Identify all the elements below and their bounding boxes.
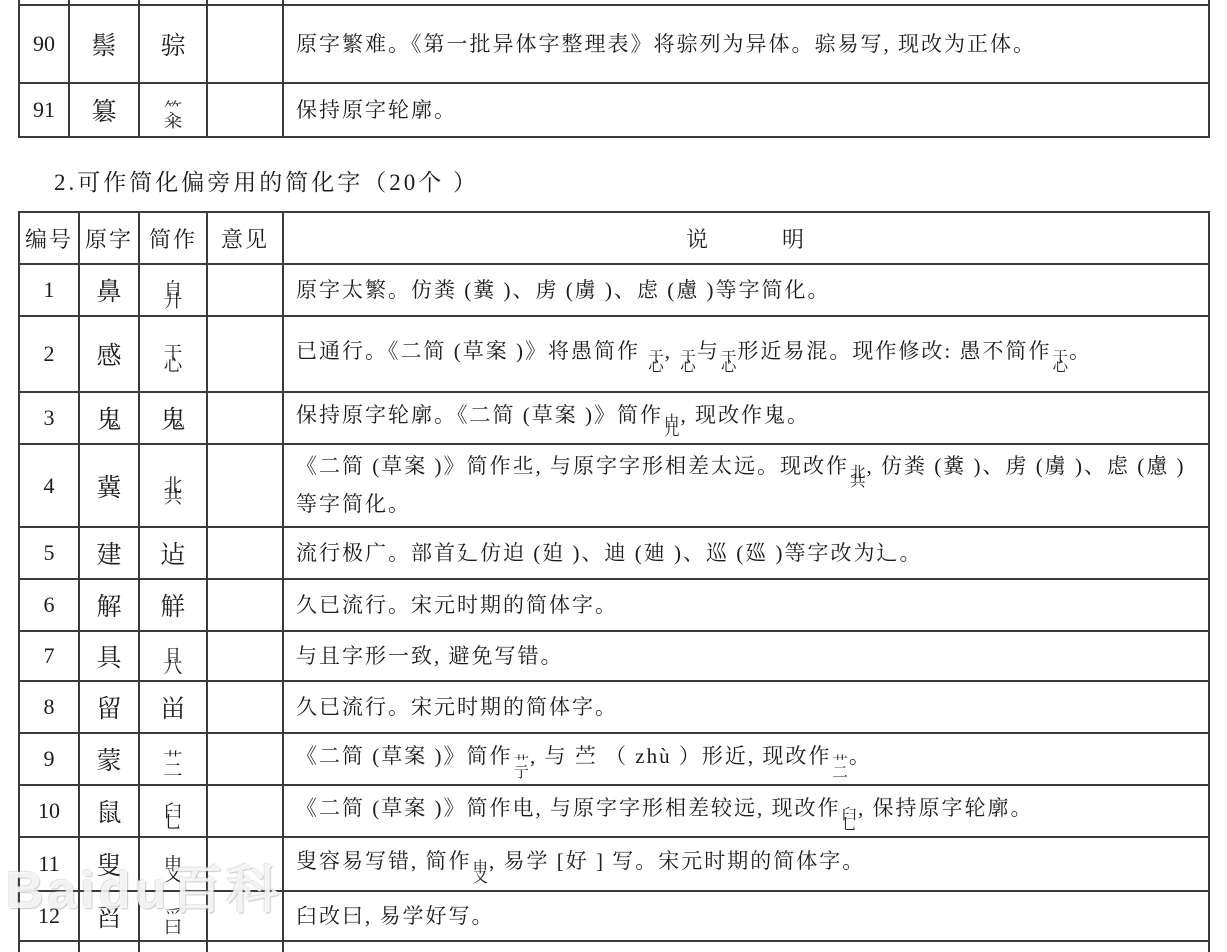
description-cell: 久已流行。宋元时期的简体字。 bbox=[283, 681, 1209, 733]
row-number-cell: 12 bbox=[19, 891, 79, 941]
description-cell: 原字繁难。《第一批异体字整理表》将骔列为异体。骔易写, 现改为正体。 bbox=[283, 5, 1209, 83]
original-char-cell: 鬼 bbox=[79, 392, 139, 444]
description-cell: 保持原字轮廓。 bbox=[283, 83, 1209, 137]
original-char-cell: 鬃 bbox=[69, 5, 139, 83]
document-body: 90 鬃 骔 原字繁难。《第一批异体字整理表》将骔列为异体。骔易写, 现改为正体… bbox=[18, 0, 1210, 952]
original-char-cell: 簒 bbox=[69, 83, 139, 137]
composed-glyph: ⺮籴 bbox=[164, 104, 183, 130]
composed-glyph: 艹二 bbox=[164, 753, 183, 779]
original-char-cell: 蒙 bbox=[79, 733, 139, 785]
table-2-simplified-components: 编号 原字 简作 意见 说 明 1 鼻 自廾 原字太繁。仿粪 (糞 )、虏 (虜… bbox=[18, 211, 1210, 952]
composed-glyph: 甴儿 bbox=[664, 415, 680, 437]
opinion-cell bbox=[207, 444, 283, 527]
row-number-cell: 2 bbox=[19, 316, 79, 392]
opinion-cell bbox=[207, 579, 283, 631]
simplified-char-cell: 爫曰 bbox=[139, 891, 207, 941]
row-number-cell: 10 bbox=[19, 785, 79, 837]
original-char-cell: 留 bbox=[79, 681, 139, 733]
simplified-char-cell: 畄 bbox=[139, 681, 207, 733]
composed-glyph: 申又 bbox=[164, 858, 183, 884]
description-cell: 原字太繁。仿粪 (糞 )、虏 (虜 )、虑 (慮 )等字简化。 bbox=[283, 264, 1209, 316]
composed-glyph: 北共 bbox=[164, 480, 183, 506]
col-header-notes: 说 明 bbox=[283, 212, 1209, 264]
original-char-cell: 叟 bbox=[79, 837, 139, 891]
simplified-char-cell: 骔 bbox=[139, 5, 207, 83]
opinion-cell bbox=[207, 83, 283, 137]
table-row: 1 鼻 自廾 原字太繁。仿粪 (糞 )、虏 (虜 )、虑 (慮 )等字简化。 bbox=[19, 264, 1209, 316]
composed-glyph: 艹亍 bbox=[514, 757, 530, 779]
col-header-number: 编号 bbox=[19, 212, 79, 264]
composed-glyph: 于心 bbox=[1052, 351, 1068, 373]
opinion-cell bbox=[207, 5, 283, 83]
table-row: 8 留 畄 久已流行。宋元时期的简体字。 bbox=[19, 681, 1209, 733]
description-cell: 与且字形一致, 避免写错。 bbox=[283, 631, 1209, 681]
document-page: 90 鬃 骔 原字繁难。《第一批异体字整理表》将骔列为异体。骔易写, 现改为正体… bbox=[0, 0, 1227, 952]
simplified-char-cell: 觧 bbox=[139, 579, 207, 631]
original-char-cell: 建 bbox=[79, 527, 139, 579]
composed-glyph: 且八 bbox=[164, 650, 183, 676]
original-char-cell: 具 bbox=[79, 631, 139, 681]
original-char-cell: 解 bbox=[79, 579, 139, 631]
description-cell: 叟容易写错, 简作申又, 易学 [好 ] 写。宋元时期的简体字。 bbox=[283, 837, 1209, 891]
table-row: 90 鬃 骔 原字繁难。《第一批异体字整理表》将骔列为异体。骔易写, 现改为正体… bbox=[19, 5, 1209, 83]
composed-glyph: 于心 bbox=[680, 351, 696, 373]
original-char-cell: 鼠 bbox=[79, 785, 139, 837]
table-row: 5 建 迠 流行极广。部首廴仿迫 (廹 )、迪 (廸 )、巡 (廵 )等字改为辶… bbox=[19, 527, 1209, 579]
original-char-cell: 冀 bbox=[79, 444, 139, 527]
simplified-char-cell: 臼乚 bbox=[139, 785, 207, 837]
table-row: 91 簒 ⺮籴 保持原字轮廓。 bbox=[19, 83, 1209, 137]
original-char-cell: 舀 bbox=[79, 891, 139, 941]
composed-glyph: 爫曰 bbox=[164, 910, 183, 936]
opinion-cell bbox=[207, 264, 283, 316]
cut-off-row-bottom bbox=[19, 941, 1209, 952]
row-number-cell: 5 bbox=[19, 527, 79, 579]
table-row: 11 叟 申又 叟容易写错, 简作申又, 易学 [好 ] 写。宋元时期的简体字。 bbox=[19, 837, 1209, 891]
composed-glyph: 臼乚 bbox=[841, 809, 857, 831]
col-header-opinion: 意见 bbox=[207, 212, 283, 264]
description-cell: 流行极广。部首廴仿迫 (廹 )、迪 (廸 )、巡 (廵 )等字改为辶。 bbox=[283, 527, 1209, 579]
table-1-rows: 90 鬃 骔 原字繁难。《第一批异体字整理表》将骔列为异体。骔易写, 现改为正体… bbox=[19, 5, 1209, 137]
row-number-cell: 4 bbox=[19, 444, 79, 527]
row-number-cell: 7 bbox=[19, 631, 79, 681]
composed-glyph: 于心 bbox=[648, 351, 664, 373]
simplified-char-cell: ⻤ bbox=[139, 392, 207, 444]
row-number-cell: 8 bbox=[19, 681, 79, 733]
composed-glyph: 艹二 bbox=[832, 757, 848, 779]
col-header-original: 原字 bbox=[79, 212, 139, 264]
opinion-cell bbox=[207, 392, 283, 444]
composed-glyph: 干心 bbox=[721, 351, 737, 373]
opinion-cell bbox=[207, 316, 283, 392]
table-row: 12 舀 爫曰 臼改曰, 易学好写。 bbox=[19, 891, 1209, 941]
composed-glyph: 臼乚 bbox=[164, 805, 183, 831]
description-cell: 《二简 (草案 )》简作电, 与原字字形相差较远, 现改作臼乚, 保持原字轮廓。 bbox=[283, 785, 1209, 837]
simplified-char-cell: 自廾 bbox=[139, 264, 207, 316]
description-cell: 臼改曰, 易学好写。 bbox=[283, 891, 1209, 941]
simplified-char-cell: 申又 bbox=[139, 837, 207, 891]
table-row: 7 具 且八 与且字形一致, 避免写错。 bbox=[19, 631, 1209, 681]
table-row: 9 蒙 艹二 《二简 (草案 )》简作艹亍, 与 苎 （ zhù ）形近, 现改… bbox=[19, 733, 1209, 785]
composed-glyph: 申又 bbox=[473, 862, 489, 884]
description-cell: 保持原字轮廓。《二简 (草案 )》简作甴儿, 现改作⻤。 bbox=[283, 392, 1209, 444]
simplified-char-cell: 迠 bbox=[139, 527, 207, 579]
simplified-char-cell: 北共 bbox=[139, 444, 207, 527]
table-1-partial: 90 鬃 骔 原字繁难。《第一批异体字整理表》将骔列为异体。骔易写, 现改为正体… bbox=[18, 0, 1210, 138]
col-header-simplified: 简作 bbox=[139, 212, 207, 264]
table-row: 6 解 觧 久已流行。宋元时期的简体字。 bbox=[19, 579, 1209, 631]
row-number-cell: 11 bbox=[19, 837, 79, 891]
table-2-rows: 1 鼻 自廾 原字太繁。仿粪 (糞 )、虏 (虜 )、虑 (慮 )等字简化。 2… bbox=[19, 264, 1209, 941]
original-char-cell: 鼻 bbox=[79, 264, 139, 316]
opinion-cell bbox=[207, 681, 283, 733]
opinion-cell bbox=[207, 527, 283, 579]
composed-glyph: 北共 bbox=[850, 466, 866, 488]
row-number-cell: 9 bbox=[19, 733, 79, 785]
opinion-cell bbox=[207, 785, 283, 837]
simplified-char-cell: 艹二 bbox=[139, 733, 207, 785]
simplified-char-cell: ⺮籴 bbox=[139, 83, 207, 137]
simplified-char-cell: 且八 bbox=[139, 631, 207, 681]
description-cell: 已通行。《二简 (草案 )》将愚简作 于心, 于心与干心形近易混。现作修改: 愚… bbox=[283, 316, 1209, 392]
description-cell: 久已流行。宋元时期的简体字。 bbox=[283, 579, 1209, 631]
row-number-cell: 6 bbox=[19, 579, 79, 631]
table-row: 3 鬼 ⻤ 保持原字轮廓。《二简 (草案 )》简作甴儿, 现改作⻤。 bbox=[19, 392, 1209, 444]
row-number-cell: 1 bbox=[19, 264, 79, 316]
opinion-cell bbox=[207, 733, 283, 785]
table-1-partial-wrap: 90 鬃 骔 原字繁难。《第一批异体字整理表》将骔列为异体。骔易写, 现改为正体… bbox=[18, 0, 1210, 138]
description-cell: 《二简 (草案 )》简作艹亍, 与 苎 （ zhù ）形近, 现改作艹二。 bbox=[283, 733, 1209, 785]
row-number-cell: 3 bbox=[19, 392, 79, 444]
row-number-cell: 91 bbox=[19, 83, 69, 137]
table-row: 2 感 干心 已通行。《二简 (草案 )》将愚简作 于心, 于心与干心形近易混。… bbox=[19, 316, 1209, 392]
description-cell: 《二简 (草案 )》简作丠, 与原字字形相差太远。现改作北共, 仿粪 (糞 )、… bbox=[283, 444, 1209, 527]
row-number-cell: 90 bbox=[19, 5, 69, 83]
composed-glyph: 干心 bbox=[164, 348, 183, 374]
table-2-header-row: 编号 原字 简作 意见 说 明 bbox=[19, 212, 1209, 264]
section-heading: 2.可作简化偏旁用的简化字（20个 ） bbox=[54, 164, 1210, 197]
composed-glyph: 自廾 bbox=[164, 284, 183, 310]
simplified-char-cell: 干心 bbox=[139, 316, 207, 392]
opinion-cell bbox=[207, 631, 283, 681]
opinion-cell bbox=[207, 837, 283, 891]
table-row: 10 鼠 臼乚 《二简 (草案 )》简作电, 与原字字形相差较远, 现改作臼乚,… bbox=[19, 785, 1209, 837]
original-char-cell: 感 bbox=[79, 316, 139, 392]
opinion-cell bbox=[207, 891, 283, 941]
table-row: 4 冀 北共 《二简 (草案 )》简作丠, 与原字字形相差太远。现改作北共, 仿… bbox=[19, 444, 1209, 527]
